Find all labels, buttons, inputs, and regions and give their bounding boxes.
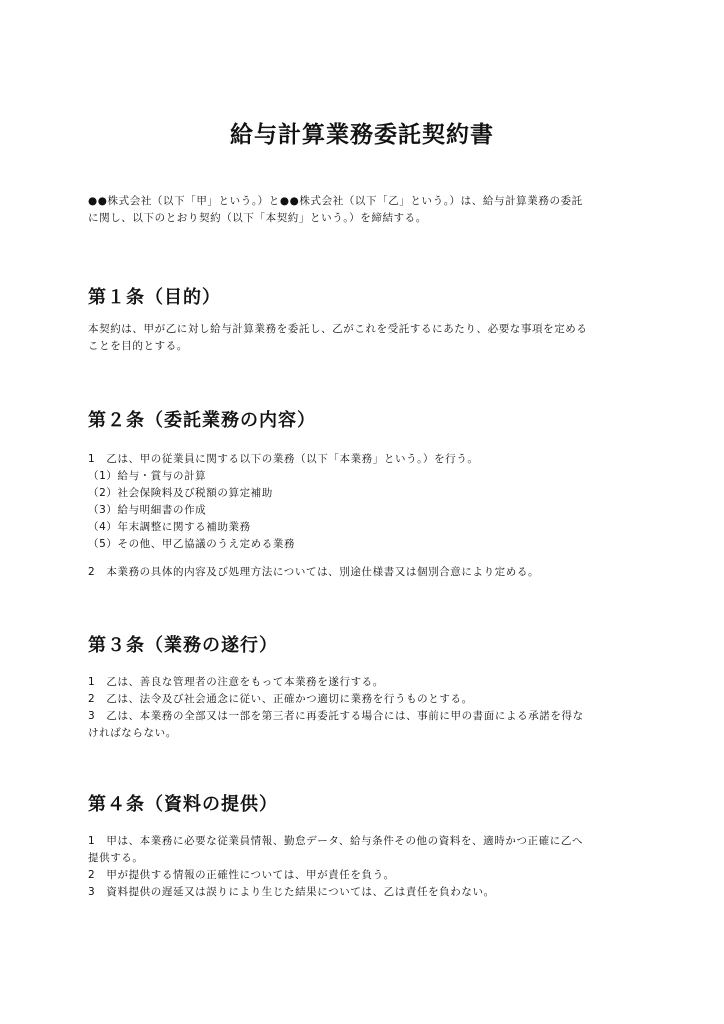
article-3-body: 1 乙は、善良な管理者の注意をもって本業務を遂行する。 2 乙は、法令及び社会通…	[88, 674, 644, 742]
article-line: 2 乙は、法令及び社会通念に従い、正確かつ適切に業務を行うものとする。	[88, 691, 644, 708]
list-item: （5）その他、甲乙協議のうえ定める業務	[88, 536, 644, 553]
article-line: ければならない。	[88, 725, 644, 742]
article-3-heading: 第３条（業務の遂行）	[88, 632, 644, 660]
document-title: 給与計算業務委託契約書	[0, 118, 724, 152]
preamble: ●●株式会社（以下「甲」という。）と●●株式会社（以下「乙」という。）は、給与計…	[88, 193, 644, 227]
article-line: 3 乙は、本業務の全部又は一部を第三者に再委託する場合には、事前に甲の書面による…	[88, 708, 644, 725]
article-line: 1 乙は、善良な管理者の注意をもって本業務を遂行する。	[88, 674, 644, 691]
list-item: （1）給与・賞与の計算	[88, 468, 644, 485]
article-line: 本契約は、甲が乙に対し給与計算業務を委託し、乙がこれを受託するにあたり、必要な事…	[88, 321, 644, 338]
article-line: ことを目的とする。	[88, 338, 644, 355]
article-2-clause-2: 2 本業務の具体的内容及び処理方法については、別途仕様書又は個別合意により定める…	[88, 564, 644, 581]
article-2-body: 1 乙は、甲の従業員に関する以下の業務（以下「本業務」という。）を行う。 （1）…	[88, 451, 644, 553]
article-4-body: 1 甲は、本業務に必要な従業員情報、勤怠データ、給与条件その他の資料を、適時かつ…	[88, 833, 644, 901]
list-item: （3）給与明細書の作成	[88, 502, 644, 519]
list-item: （4）年末調整に関する補助業務	[88, 519, 644, 536]
article-line: 提供する。	[88, 850, 644, 867]
article-1-heading: 第１条（目的）	[88, 284, 644, 312]
list-item: （2）社会保険料及び税額の算定補助	[88, 485, 644, 502]
article-line: 1 甲は、本業務に必要な従業員情報、勤怠データ、給与条件その他の資料を、適時かつ…	[88, 833, 644, 850]
article-line: 1 乙は、甲の従業員に関する以下の業務（以下「本業務」という。）を行う。	[88, 451, 644, 468]
article-line: 2 甲が提供する情報の正確性については、甲が責任を負う。	[88, 867, 644, 884]
article-1-body: 本契約は、甲が乙に対し給与計算業務を委託し、乙がこれを受託するにあたり、必要な事…	[88, 321, 644, 355]
preamble-line: ●●株式会社（以下「甲」という。）と●●株式会社（以下「乙」という。）は、給与計…	[88, 193, 644, 210]
article-line: 2 本業務の具体的内容及び処理方法については、別途仕様書又は個別合意により定める…	[88, 564, 644, 581]
document-page: 給与計算業務委託契約書 ●●株式会社（以下「甲」という。）と●●株式会社（以下「…	[0, 0, 724, 1024]
article-line: 3 資料提供の遅延又は誤りにより生じた結果については、乙は責任を負わない。	[88, 884, 644, 901]
article-2-heading: 第２条（委託業務の内容）	[88, 407, 644, 435]
preamble-line: に関し、以下のとおり契約（以下「本契約」という。）を締結する。	[88, 210, 644, 227]
article-4-heading: 第４条（資料の提供）	[88, 791, 644, 819]
